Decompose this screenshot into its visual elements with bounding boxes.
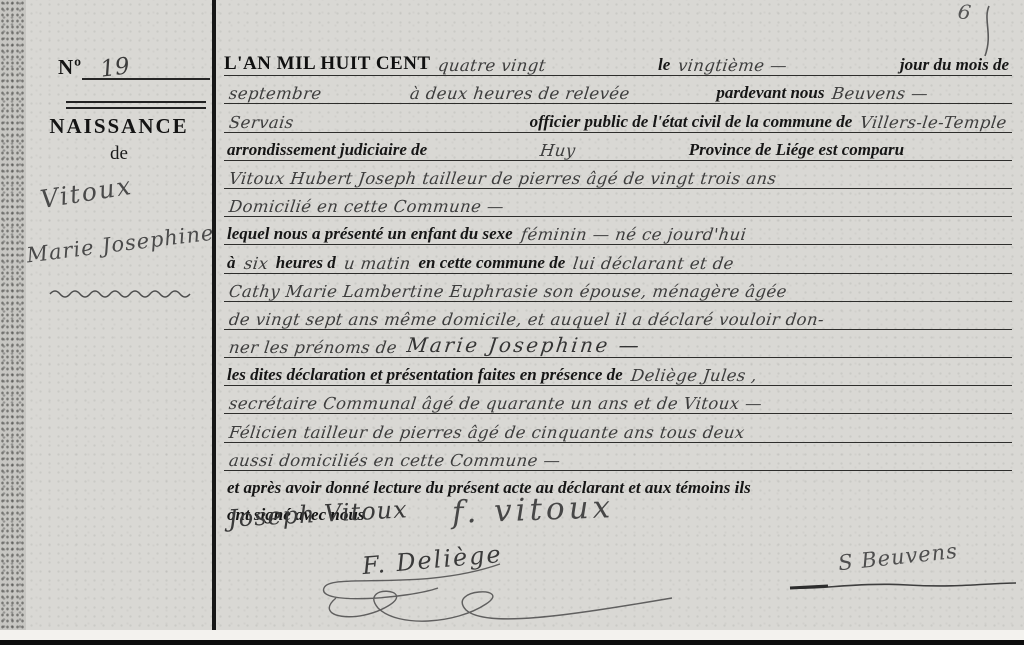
margin-divider-rule [212, 0, 216, 632]
act-line: ner les prénoms deMarie Josephine — [224, 330, 1012, 358]
printed-text: le [655, 55, 673, 75]
act-number-row: Nº 19 [58, 52, 210, 80]
handwritten-text: Beuvens — [826, 84, 934, 103]
scan-bottom-edge [0, 640, 1024, 645]
printed-text: à [224, 253, 239, 273]
handwritten-text: Servais [223, 113, 300, 132]
handwritten-text: Cathy Marie Lambertine Euphrasie son épo… [223, 282, 793, 301]
handwritten-text: vingtième — [672, 56, 793, 75]
act-number-line: 19 [82, 52, 210, 80]
scan-edge-texture [0, 0, 26, 632]
handwritten-text: Huy [534, 141, 582, 160]
handwritten-text: Marie Josephine — [400, 333, 647, 357]
act-line: Servaisofficier public de l'état civil d… [224, 104, 1012, 132]
act-line: arrondissement judiciaire deHuyProvince … [224, 133, 1012, 161]
handwritten-text: de vingt sept ans même domicile, et auqu… [223, 310, 830, 329]
handwritten-text: à deux heures de relevée [404, 84, 636, 103]
act-line: septembreà deux heures de relevéepardeva… [224, 76, 1012, 104]
margin-subheading: de [26, 143, 212, 165]
handwritten-text: secrétaire Communal âgé de quarante un a… [223, 394, 768, 413]
signature-underline [788, 578, 1018, 592]
margin-surname: Vitoux [38, 171, 134, 214]
margin-heading: NAISSANCE [26, 114, 212, 139]
squiggle-flourish [48, 286, 198, 300]
handwritten-text: six [237, 254, 274, 273]
birth-certificate-scan: 6 Nº 19 NAISSANCE de Vitoux Marie Joseph… [0, 0, 1024, 645]
handwritten-text: Villers-le-Temple [854, 113, 1013, 132]
printed-text: lequel nous a présenté un enfant du sexe [224, 224, 516, 244]
act-line: aussi domiciliés en cette Commune — [224, 443, 1012, 471]
act-line: secrétaire Communal âgé de quarante un a… [224, 386, 1012, 414]
scan-bottom-margin [0, 630, 1024, 640]
act-number-value: 19 [99, 53, 131, 82]
act-line: et après avoir donné lecture du présent … [224, 471, 1012, 498]
act-line: Cathy Marie Lambertine Euphrasie son épo… [224, 274, 1012, 302]
printed-text: heures d [273, 253, 339, 273]
act-line: Domicilié en cette Commune — [224, 189, 1012, 217]
act-body: L'AN MIL HUIT CENTquatre vingtlevingtièm… [224, 48, 1012, 525]
folio-number: 6 [956, 0, 972, 25]
act-line: Vitoux Hubert Joseph tailleur de pierres… [224, 161, 1012, 189]
handwritten-text: Domicilié en cette Commune — [223, 197, 510, 216]
handwritten-text: féminin — né ce jourd'hui [515, 225, 753, 244]
act-line: lequel nous a présenté un enfant du sexe… [224, 217, 1012, 245]
handwritten-text: quatre vingt [431, 56, 551, 75]
act-line: les dites déclaration et présentation fa… [224, 358, 1012, 386]
printed-text: jour du mois de [897, 55, 1012, 75]
printed-text: Province de Liége est comparu [686, 140, 907, 160]
handwritten-text: Deliège Jules , [625, 366, 763, 385]
handwritten-text: lui déclarant et de [567, 254, 740, 273]
printed-text: les dites déclaration et présentation fa… [224, 365, 626, 385]
handwritten-text: ner les prénoms de [223, 338, 403, 357]
margin-given-names: Marie Josephine [25, 221, 215, 268]
margin-column: Nº 19 NAISSANCE de Vitoux Marie Josephin… [26, 0, 212, 630]
double-rule [66, 101, 206, 109]
signature-father: f. vitoux [451, 489, 614, 531]
signature-officer: S Beuvens [837, 539, 959, 575]
printed-text: officier public de l'état civil de la co… [527, 112, 856, 132]
handwritten-text: Vitoux Hubert Joseph tailleur de pierres… [223, 169, 783, 188]
handwritten-text: aussi domiciliés en cette Commune — [223, 451, 567, 470]
handwritten-text: Félicien tailleur de pierres âgé de cinq… [223, 423, 751, 442]
act-line: L'AN MIL HUIT CENTquatre vingtlevingtièm… [224, 48, 1012, 76]
printed-text: en cette commune de [415, 253, 568, 273]
act-line: àsixheures du matinen cette commune delu… [224, 245, 1012, 273]
printed-text: arrondissement judiciaire de [224, 140, 430, 160]
printed-text: pardevant nous [713, 83, 827, 103]
printed-caps-text: L'AN MIL HUIT CENT [224, 53, 433, 75]
signature-flourish [300, 558, 680, 626]
handwritten-text: septembre [223, 84, 328, 103]
handwritten-text: u matin [338, 254, 417, 273]
act-number-label: Nº [58, 55, 82, 80]
act-line: Félicien tailleur de pierres âgé de cinq… [224, 414, 1012, 442]
act-line: de vingt sept ans même domicile, et auqu… [224, 302, 1012, 330]
